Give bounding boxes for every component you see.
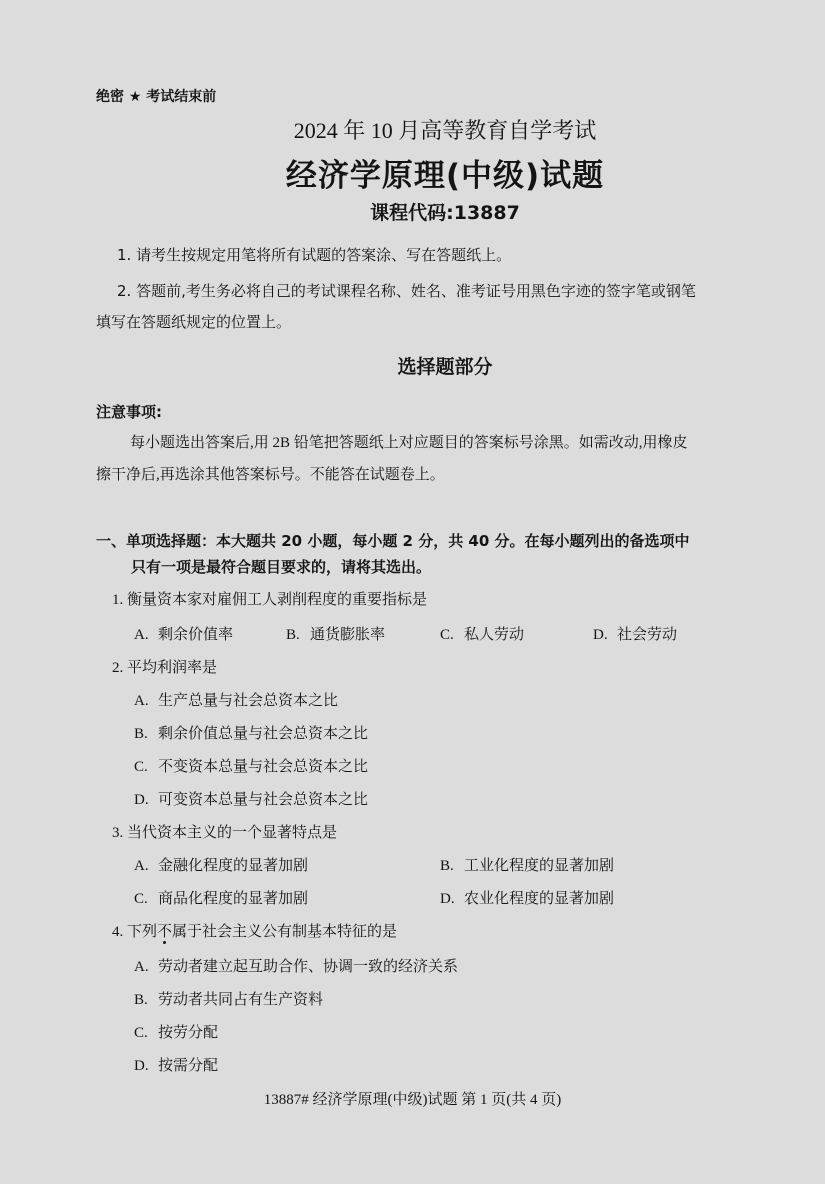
question-4-option-d: D.按需分配 — [134, 1054, 218, 1075]
option-text: 按劳分配 — [158, 1025, 218, 1041]
option-text: 剩余价值率 — [158, 627, 233, 643]
question-number: 4. — [112, 924, 123, 940]
question-1-option-a: A.剩余价值率 — [134, 623, 233, 644]
subject-title: 经济学原理(中级)试题 — [0, 150, 825, 195]
option-text: 工业化程度的显著加剧 — [464, 858, 614, 874]
option-text: 私人劳动 — [464, 627, 524, 643]
option-label: D. — [134, 1058, 158, 1075]
option-label: B. — [286, 627, 310, 644]
confidential-mark: 绝密 ★ 考试结束前 — [96, 86, 216, 106]
option-label: D. — [440, 891, 464, 908]
option-label: A. — [134, 858, 158, 875]
question-1-option-c: C.私人劳动 — [440, 623, 524, 644]
question-stem: 衡量资本家对雇佣工人剥削程度的重要指标是 — [127, 592, 427, 608]
option-text: 按需分配 — [158, 1058, 218, 1074]
option-label: A. — [134, 959, 158, 976]
exam-title: 2024 年 10 月高等教育自学考试 — [0, 114, 825, 145]
option-label: B. — [440, 858, 464, 875]
instruction-1: 1. 请考生按规定用笔将所有试题的答案涂、写在答题纸上。 — [117, 244, 511, 265]
option-text: 社会劳动 — [617, 627, 677, 643]
question-1: 1. 衡量资本家对雇佣工人剥削程度的重要指标是 — [112, 588, 427, 609]
question-2-option-b: B.剩余价值总量与社会总资本之比 — [134, 722, 368, 743]
question-stem-before: 下列 — [127, 924, 157, 940]
option-text: 劳动者建立起互助合作、协调一致的经济关系 — [158, 959, 458, 975]
option-text: 劳动者共同占有生产资料 — [158, 992, 323, 1008]
option-label: C. — [440, 627, 464, 644]
part1-heading: 一、单项选择题：本大题共 20 小题，每小题 2 分，共 40 分。在每小题列出… — [96, 530, 690, 551]
option-text: 商品化程度的显著加剧 — [158, 891, 308, 907]
part1-heading-continued: 只有一项是最符合题目要求的，请将其选出。 — [131, 556, 431, 577]
option-label: A. — [134, 627, 158, 644]
option-label: D. — [593, 627, 617, 644]
option-label: B. — [134, 726, 158, 743]
question-number: 1. — [112, 592, 123, 608]
instruction-2-continued: 填写在答题纸规定的位置上。 — [96, 311, 291, 332]
attention-text-1: 每小题选出答案后,用 2B 铅笔把答题纸上对应题目的答案标号涂黑。如需改动,用橡… — [130, 431, 688, 452]
question-3-option-c: C.商品化程度的显著加剧 — [134, 887, 308, 908]
option-text: 剩余价值总量与社会总资本之比 — [158, 726, 368, 742]
question-stem: 当代资本主义的一个显著特点是 — [127, 825, 337, 841]
option-text: 可变资本总量与社会总资本之比 — [158, 792, 368, 808]
option-label: D. — [134, 792, 158, 809]
question-3-option-b: B.工业化程度的显著加剧 — [440, 854, 614, 875]
option-label: B. — [134, 992, 158, 1009]
question-number: 3. — [112, 825, 123, 841]
question-number: 2. — [112, 660, 123, 676]
question-4-option-b: B.劳动者共同占有生产资料 — [134, 988, 323, 1009]
option-label: A. — [134, 693, 158, 710]
attention-text-2: 擦干净后,再选涂其他答案标号。不能答在试题卷上。 — [96, 463, 445, 484]
question-4-option-c: C.按劳分配 — [134, 1021, 218, 1042]
question-4-option-a: A.劳动者建立起互助合作、协调一致的经济关系 — [134, 955, 458, 976]
question-stem: 平均利润率是 — [127, 660, 217, 676]
question-2-option-a: A.生产总量与社会总资本之比 — [134, 689, 338, 710]
option-label: C. — [134, 891, 158, 908]
question-3: 3. 当代资本主义的一个显著特点是 — [112, 821, 337, 842]
option-label: C. — [134, 759, 158, 776]
course-code: 课程代码:13887 — [0, 198, 825, 225]
question-stem-after: 属于社会主义公有制基本特征的是 — [172, 924, 397, 940]
option-label: C. — [134, 1025, 158, 1042]
option-text: 生产总量与社会总资本之比 — [158, 693, 338, 709]
question-2: 2. 平均利润率是 — [112, 656, 217, 677]
question-2-option-c: C.不变资本总量与社会总资本之比 — [134, 755, 368, 776]
question-4: 4. 下列不属于社会主义公有制基本特征的是 — [112, 920, 397, 941]
question-1-option-b: B.通货膨胀率 — [286, 623, 385, 644]
option-text: 通货膨胀率 — [310, 627, 385, 643]
option-text: 不变资本总量与社会总资本之比 — [158, 759, 368, 775]
question-1-option-d: D.社会劳动 — [593, 623, 677, 644]
question-2-option-d: D.可变资本总量与社会总资本之比 — [134, 788, 368, 809]
option-text: 金融化程度的显著加剧 — [158, 858, 308, 874]
option-text: 农业化程度的显著加剧 — [464, 891, 614, 907]
emphasis-mark: 不 — [157, 924, 172, 940]
page-footer: 13887# 经济学原理(中级)试题 第 1 页(共 4 页) — [0, 1088, 825, 1109]
question-3-option-a: A.金融化程度的显著加剧 — [134, 854, 308, 875]
section-title: 选择题部分 — [0, 352, 825, 379]
question-3-option-d: D.农业化程度的显著加剧 — [440, 887, 614, 908]
instruction-2: 2. 答题前,考生务必将自己的考试课程名称、姓名、准考证号用黑色字迹的签字笔或钢… — [117, 280, 696, 301]
attention-label: 注意事项: — [96, 401, 162, 422]
